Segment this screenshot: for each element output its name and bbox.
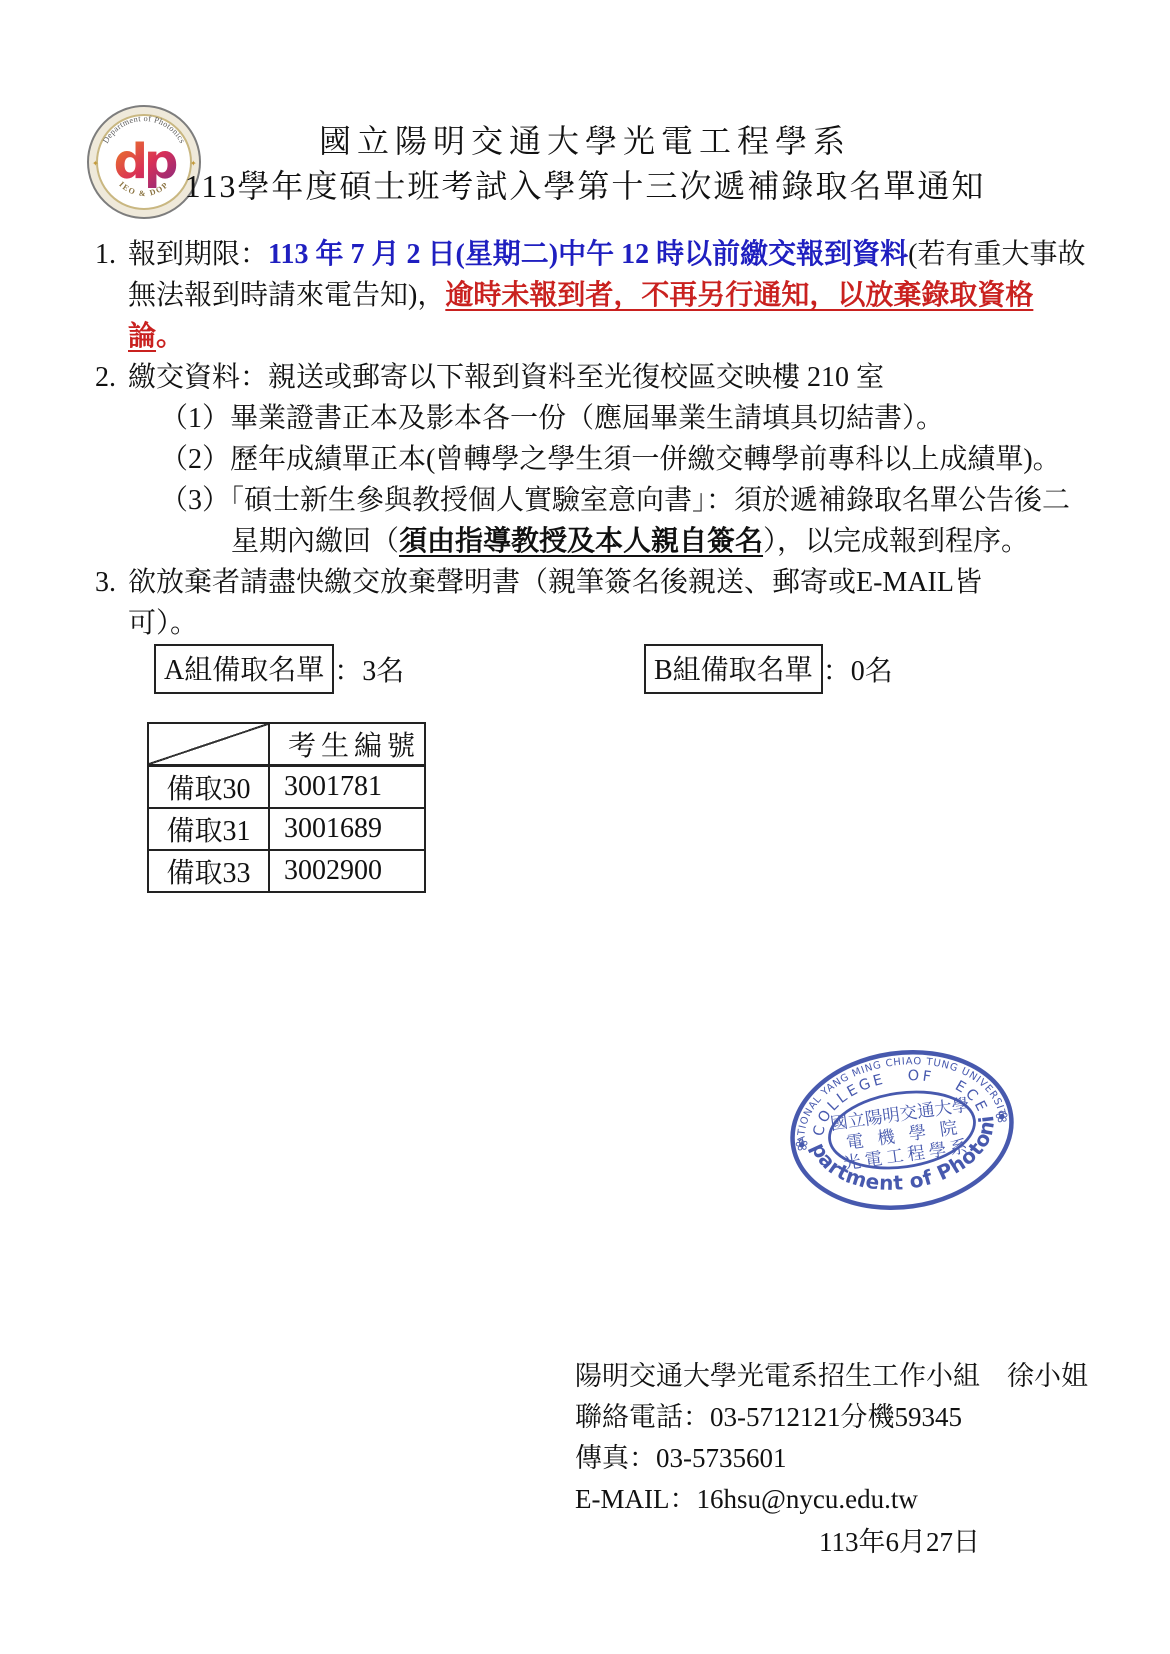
table-row: 備取31 3001689 (148, 808, 425, 850)
waitlist-table: 考生編號 備取30 3001781 備取31 3001689 備取33 3002… (147, 722, 426, 893)
notice-item-1-line-1: 1.報到期限：113 年 7 月 2 日(星期二)中午 12 時以前繳交報到資料… (95, 234, 1085, 275)
item-1-number: 1. (95, 234, 128, 275)
item-1-deadline: 113 年 7 月 2 日(星期二)中午 12 時以前繳交報到資料 (268, 239, 908, 270)
page-subtitle: 113學年度碩士班考試入學第十三次遞補錄取名單通知 (0, 161, 1170, 207)
exam-id-cell: 3002900 (269, 850, 425, 892)
item-1-warning-period: 。 (156, 321, 184, 352)
sub-3-signature-note: 須由指導教授及本人親自簽名 (399, 526, 763, 557)
page-title: 國立陽明交通大學光電工程學系 (0, 116, 1170, 162)
group-a-label: A組備取名單 (154, 644, 334, 694)
rank-cell: 備取33 (148, 850, 269, 892)
contact-email: E-MAIL：16hsu@nycu.edu.tw (575, 1479, 1088, 1520)
notice-item-2: 2.繳交資料：親送或郵寄以下報到資料至光復校區交映樓 210 室 (95, 357, 1085, 398)
notice-item-1-line-3: 論。 (95, 316, 1085, 357)
notice-item-2-sub-3-line-2: 星期內繳回（須由指導教授及本人親自簽名），以完成報到程序。 (95, 521, 1085, 562)
contact-fax: 傳真：03-5735601 (575, 1438, 1088, 1479)
item-2-text: 繳交資料：親送或郵寄以下報到資料至光復校區交映樓 210 室 (128, 362, 884, 393)
contact-team: 陽明交通大學光電系招生工作小組 徐小姐 (575, 1356, 1088, 1397)
group-b-summary: B組備取名單：0名 (644, 645, 893, 693)
notice-item-2-sub-2: （2）歷年成績單正本(曾轉學之學生須一併繳交轉學前專科以上成績單)。 (95, 439, 1085, 480)
table-row: 備取30 3001781 (148, 766, 425, 809)
item-1-tail: (若有重大事故 (908, 239, 1085, 270)
notice-item-2-sub-1: （1）畢業證書正本及影本各一份（應屆畢業生請填具切結書）。 (95, 398, 1085, 439)
item-1-warning-cont: 論 (128, 321, 156, 352)
stamp-flower-right-icon: ❀ (994, 1108, 1010, 1127)
item-3-number: 3. (95, 562, 128, 603)
item-2-number: 2. (95, 357, 128, 398)
contact-block: 陽明交通大學光電系招生工作小組 徐小姐 聯絡電話：03-5712121分機593… (575, 1356, 1088, 1520)
department-seal-stamp: NATIONAL YANG MING CHIAO TUNG UNIVERSITY… (772, 1030, 1034, 1232)
sub-3-post: ），以完成報到程序。 (763, 526, 1029, 557)
item-1-warning: 逾時未報到者，不再另行通知，以放棄錄取資格 (445, 280, 1033, 311)
group-b-count: ：0名 (823, 649, 893, 689)
document-date: 113年6月27日 (575, 1520, 980, 1559)
group-a-summary: A組備取名單：3名 (154, 645, 404, 693)
rank-cell: 備取30 (148, 766, 269, 809)
item-1-phone-note: 無法報到時請來電告知)， (128, 280, 445, 311)
notice-body: 1.報到期限：113 年 7 月 2 日(星期二)中午 12 時以前繳交報到資料… (95, 234, 1085, 644)
item-1-lead: 報到期限： (128, 239, 268, 270)
table-header-row: 考生編號 (148, 723, 425, 766)
rank-cell: 備取31 (148, 808, 269, 850)
document-page: ✦ ✦ Department of Photonics IEO & DOP dp… (0, 0, 1170, 1654)
notice-item-2-sub-3-line-1: （3）「碩士新生參與教授個人實驗室意向書」：須於遞補錄取名單公告後二 (95, 480, 1085, 521)
notice-item-3-line-1: 3.欲放棄者請盡快繳交放棄聲明書（親筆簽名後親送、郵寄或E-MAIL皆 (95, 562, 1085, 603)
table-row: 備取33 3002900 (148, 850, 425, 892)
sub-3-pre: 星期內繳回（ (231, 526, 399, 557)
table-header-exam-id: 考生編號 (269, 723, 425, 766)
contact-phone: 聯絡電話：03-5712121分機59345 (575, 1397, 1088, 1438)
exam-id-cell: 3001781 (269, 766, 425, 809)
stamp-flower-left-icon: ❀ (794, 1136, 810, 1155)
table-corner-cell (148, 723, 269, 766)
notice-item-1-line-2: 無法報到時請來電告知)，逾時未報到者，不再另行通知，以放棄錄取資格 (95, 275, 1085, 316)
notice-item-3-line-2: 可）。 (95, 603, 1085, 644)
exam-id-cell: 3001689 (269, 808, 425, 850)
group-b-label: B組備取名單 (644, 644, 823, 694)
item-3-text: 欲放棄者請盡快繳交放棄聲明書（親筆簽名後親送、郵寄或E-MAIL皆 (128, 567, 982, 598)
group-a-count: ：3名 (334, 649, 404, 689)
